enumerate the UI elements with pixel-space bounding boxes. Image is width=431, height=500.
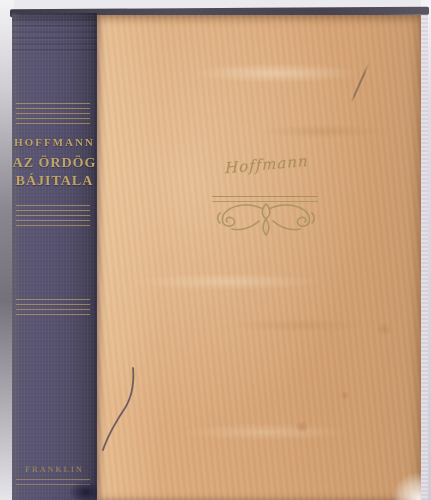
book-front-cover: Hoffmann bbox=[97, 15, 421, 500]
spine-title-line2: BÁJITALA bbox=[12, 173, 97, 191]
book-photograph: HOFFMANN AZ ÖRDÖG BÁJITALA FRANKLIN Hoff… bbox=[0, 0, 431, 500]
page-fore-edge bbox=[420, 12, 428, 500]
spine-gold-rules-top bbox=[16, 103, 90, 126]
scratch-mark-curved bbox=[97, 360, 149, 455]
spine-title-line1: AZ ÖRDÖG bbox=[12, 155, 97, 173]
worn-corner-damage bbox=[395, 472, 421, 500]
book-spine: HOFFMANN AZ ÖRDÖG BÁJITALA FRANKLIN bbox=[12, 13, 97, 500]
cover-ornament-flourish bbox=[215, 201, 317, 239]
stain-spot bbox=[375, 323, 393, 335]
spine-bottom-wear-mark bbox=[68, 481, 98, 500]
spine-author: HOFFMANN bbox=[12, 137, 97, 149]
spine-title: AZ ÖRDÖG BÁJITALA bbox=[12, 155, 97, 191]
spine-headcap bbox=[12, 13, 97, 55]
spine-publisher: FRANKLIN bbox=[12, 465, 97, 474]
spine-cloth-texture bbox=[12, 13, 97, 500]
stain-spot bbox=[295, 421, 309, 433]
stain-spot bbox=[340, 391, 350, 400]
spine-gold-rules-middle bbox=[16, 299, 90, 318]
spine-gold-rules-under-title bbox=[16, 205, 90, 228]
